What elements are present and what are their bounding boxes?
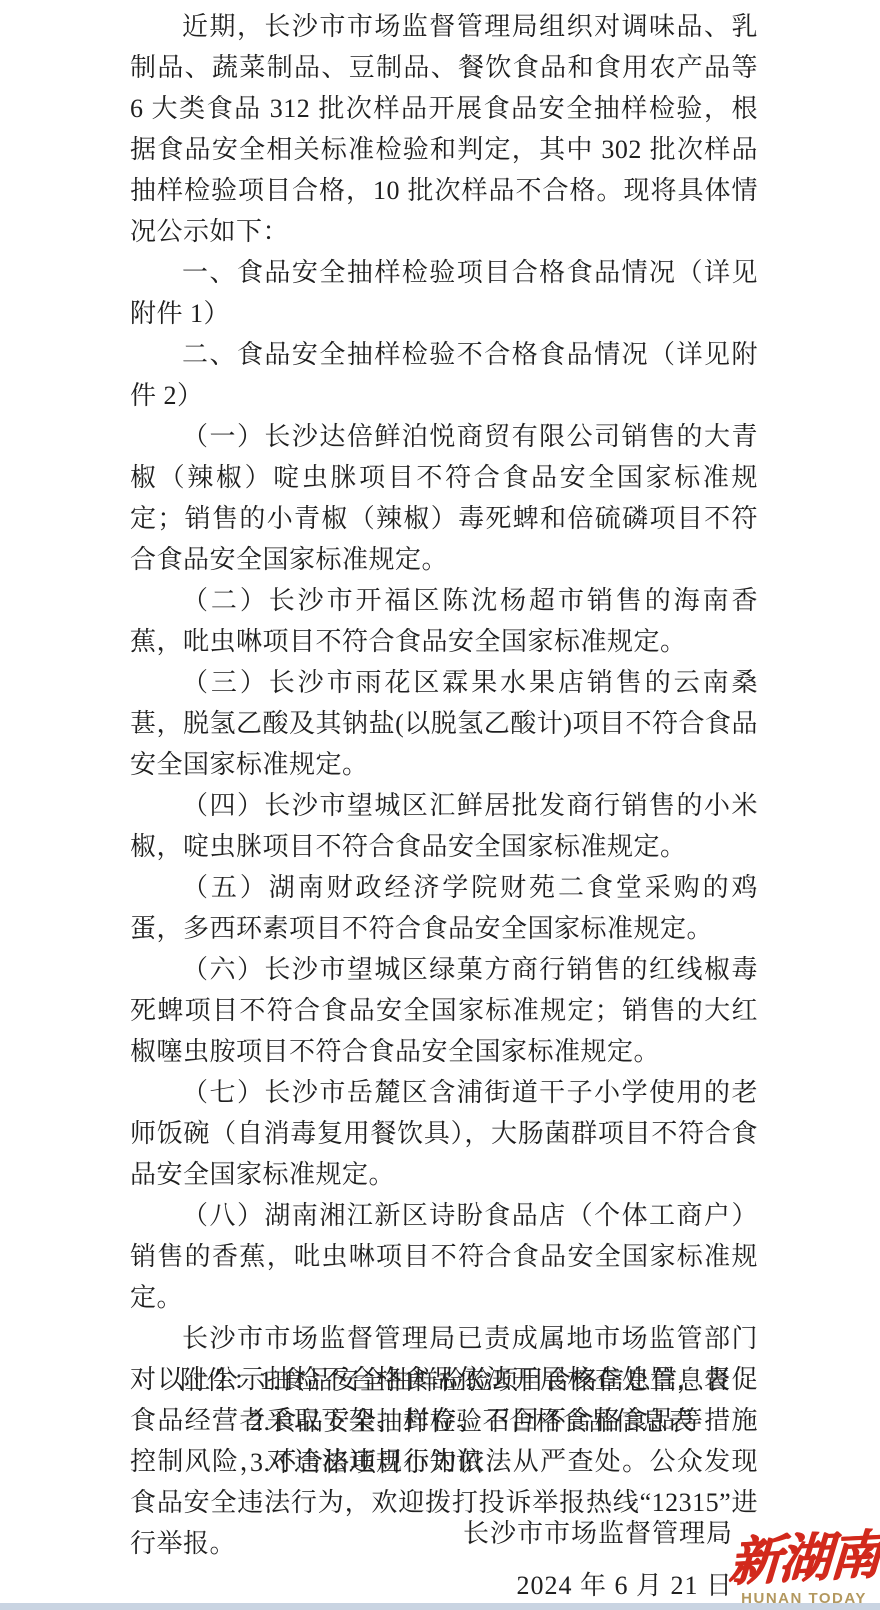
page: 近期，长沙市市场监督管理局组织对调味品、乳制品、蔬菜制品、豆制品、餐饮食品和食用… xyxy=(0,0,880,1610)
attachment-item-1: 附件：1.食品安全抽样检验项目合格信息信息表 xyxy=(180,1360,731,1401)
signature-block: 长沙市市场监督管理局 2024 年 6 月 21 日 xyxy=(463,1508,733,1610)
logo-cn-text: 新湖南 xyxy=(718,1528,880,1593)
paragraph-section-1: 一、食品安全抽样检验项目合格食品情况（详见附件 1） xyxy=(130,252,758,334)
paragraph-intro: 近期，长沙市市场监督管理局组织对调味品、乳制品、蔬菜制品、豆制品、餐饮食品和食用… xyxy=(130,6,758,252)
attachment-item-2: 2.食品安全抽样检验不合格食品信息表 xyxy=(250,1401,731,1442)
hunan-today-logo: 新湖南 HUNAN TODAY xyxy=(720,1532,880,1607)
paragraph-item-4: （四）长沙市望城区汇鲜居批发商行销售的小米椒，啶虫脒项目不符合食品安全国家标准规… xyxy=(130,785,758,867)
paragraph-item-6: （六）长沙市望城区绿菓方商行销售的红线椒毒死蜱项目不符合食品安全国家标准规定；销… xyxy=(130,949,758,1072)
paragraph-item-5: （五）湖南财政经济学院财苑二食堂采购的鸡蛋，多西环素项目不符合食品安全国家标准规… xyxy=(130,867,758,949)
paragraph-item-1: （一）长沙达倍鲜泊悦商贸有限公司销售的大青椒（辣椒）啶虫脒项目不符合食品安全国家… xyxy=(130,416,758,580)
attachment-item-1-text: 1.食品安全抽样检验项目合格信息信息表 xyxy=(260,1366,731,1395)
attachments-label: 附件： xyxy=(180,1366,260,1395)
attachments-list: 附件：1.食品安全抽样检验项目合格信息信息表 2.食品安全抽样检验不合格食品信息… xyxy=(180,1360,731,1483)
paragraph-item-2: （二）长沙市开福区陈沈杨超市销售的海南香蕉，吡虫啉项目不符合食品安全国家标准规定… xyxy=(130,580,758,662)
attachment-item-3: 3.不合格项目小知识 xyxy=(250,1442,731,1483)
paragraph-item-3: （三）长沙市雨花区霖果水果店销售的云南桑葚，脱氢乙酸及其钠盐(以脱氢乙酸计)项目… xyxy=(130,662,758,785)
paragraph-item-7: （七）长沙市岳麓区含浦街道干子小学使用的老师饭碗（自消毒复用餐饮具），大肠菌群项… xyxy=(130,1072,758,1195)
bottom-border xyxy=(0,1603,880,1610)
document-body: 近期，长沙市市场监督管理局组织对调味品、乳制品、蔬菜制品、豆制品、餐饮食品和食用… xyxy=(130,6,758,1564)
paragraph-section-2: 二、食品安全抽样检验不合格食品情况（详见附件 2） xyxy=(130,334,758,416)
signature-issuer: 长沙市市场监督管理局 xyxy=(463,1508,733,1560)
paragraph-item-8: （八）湖南湘江新区诗盼食品店（个体工商户）销售的香蕉，吡虫啉项目不符合食品安全国… xyxy=(130,1195,758,1318)
